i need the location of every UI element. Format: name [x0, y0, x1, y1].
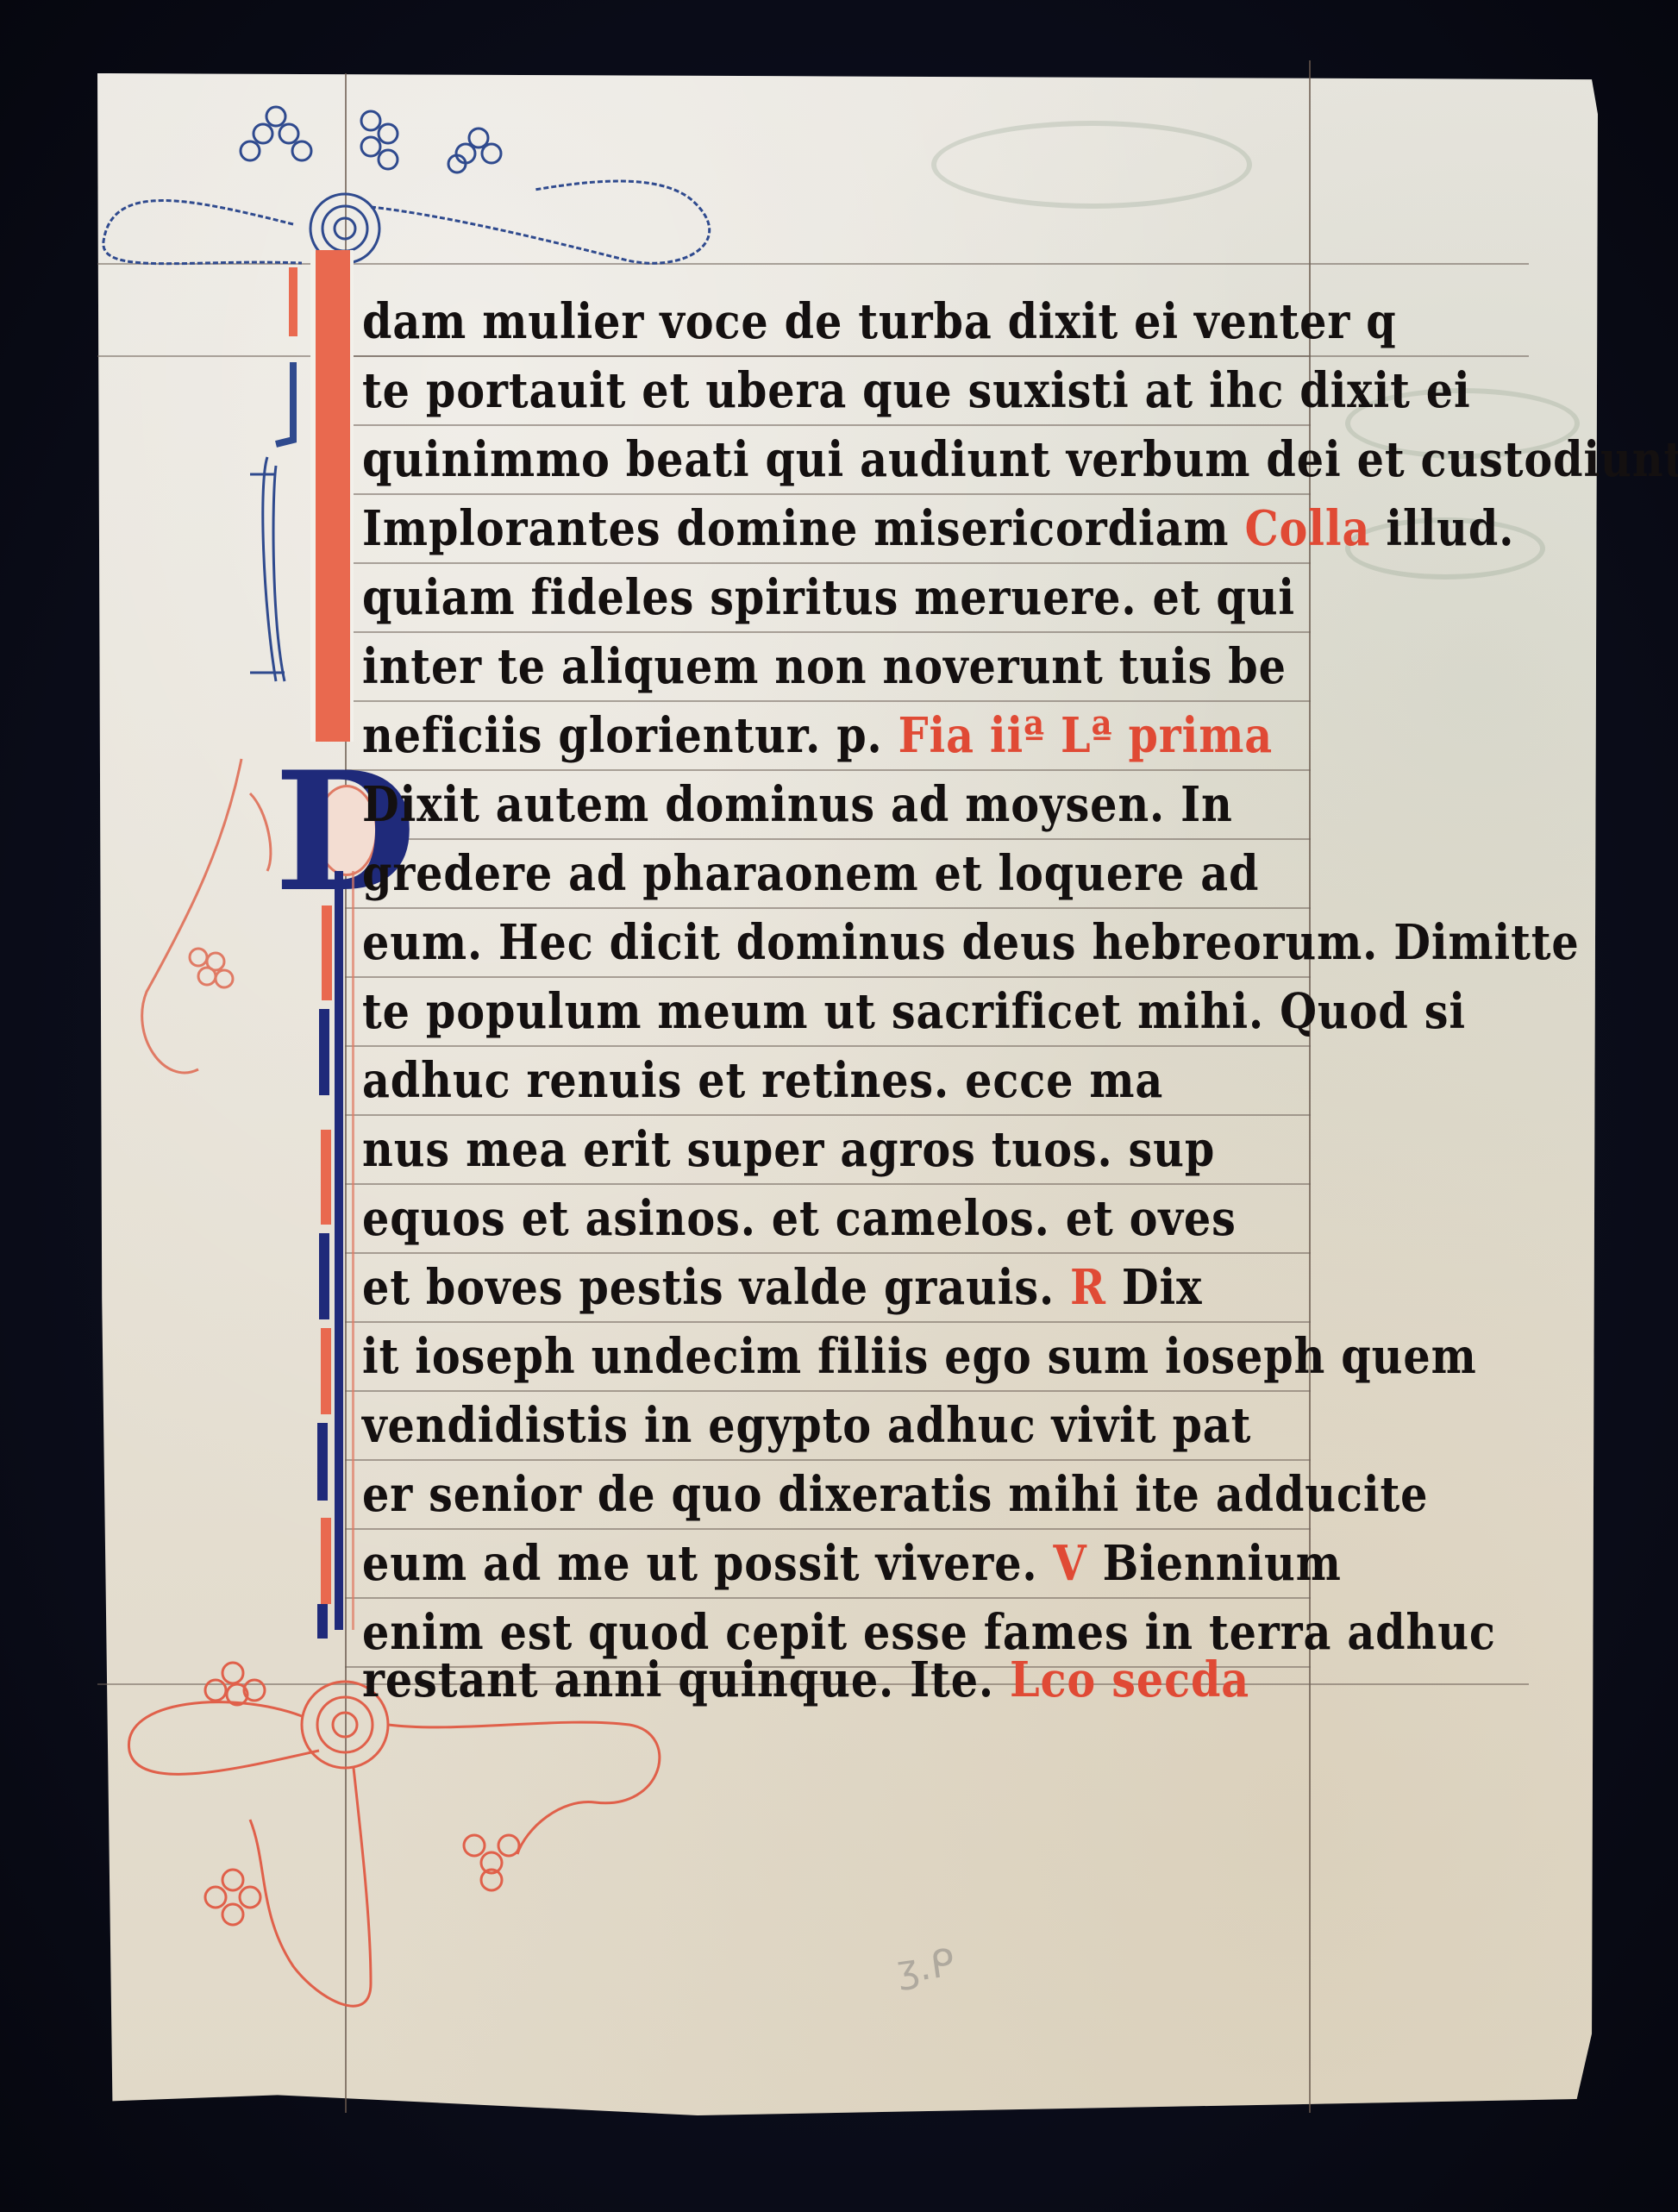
ruling-line — [345, 1528, 1311, 1530]
text-line-3: quinimmo beati qui audiunt verbum dei et… — [362, 436, 1678, 484]
text-line-19: eum ad me ut possit vivere. V Biennium — [362, 1539, 1342, 1588]
border-segment-blue — [319, 1233, 329, 1319]
ruling-line — [345, 493, 1311, 495]
text-line-20: enim est quod cepit esse fames in terra … — [362, 1608, 1496, 1657]
text-line-16: it ioseph undecim filiis ego sum ioseph … — [362, 1332, 1477, 1381]
initial-I-filigree — [250, 259, 371, 742]
ruling-line — [345, 1252, 1311, 1254]
text-line-10: eum. Hec dicit dominus deus hebreorum. D… — [362, 918, 1580, 967]
left-border-red-line — [352, 871, 354, 1630]
text-line-21: restant anni quinque. Ite. Lco secda — [362, 1656, 1249, 1704]
ruling-line — [345, 562, 1311, 564]
text-line-17: vendidistis in egypto adhuc vivit pat — [362, 1401, 1251, 1450]
text-line-11: te populum meum ut sacrificet mihi. Quod… — [362, 987, 1466, 1036]
ruling-line — [345, 1114, 1311, 1116]
border-segment-blue — [317, 1423, 328, 1501]
ruling-line — [345, 424, 1311, 426]
ruling-line — [345, 1183, 1311, 1185]
ruling-line — [345, 1045, 1311, 1047]
border-segment-red — [321, 1328, 331, 1414]
ruling-line — [345, 1597, 1311, 1599]
text-line-1: dam mulier voce de turba dixit ei venter… — [362, 298, 1397, 346]
border-segment-red — [322, 905, 332, 1000]
ruling-line — [345, 769, 1311, 771]
ruling-line — [345, 631, 1311, 633]
top-penwork-flourish — [86, 52, 862, 310]
ruling-line — [345, 1459, 1311, 1461]
verso-show-through — [931, 121, 1252, 209]
text-line-4: Implorantes domine misericordiam Colla i… — [362, 504, 1514, 553]
ruling-line — [345, 976, 1311, 978]
ruling-line — [345, 838, 1311, 840]
text-line-5: quiam fideles spiritus meruere. et qui — [362, 573, 1295, 622]
rubric-versicle: V — [1054, 1535, 1087, 1592]
text-line-8: Dixit autem dominus ad moysen. In — [362, 780, 1233, 829]
text-line-6: inter te aliquem non noverunt tuis be — [362, 642, 1287, 691]
text-line-12: adhuc renuis et retines. ecce ma — [362, 1056, 1163, 1105]
text-line-15: et boves pestis valde grauis. R Dix — [362, 1263, 1202, 1312]
rubric-responsory: R — [1070, 1259, 1106, 1316]
text-line-18: er senior de quo dixeratis mihi ite addu… — [362, 1470, 1428, 1519]
text-line-14: equos et asinos. et camelos. et oves — [362, 1194, 1237, 1243]
text-line-9: gredere ad pharaonem et loquere ad — [362, 849, 1259, 898]
ruling-line — [345, 1321, 1311, 1323]
left-border-blue-stem — [335, 871, 343, 1630]
border-segment-red — [321, 1130, 331, 1225]
ruling-line — [345, 355, 1311, 357]
ruling-line — [345, 700, 1311, 702]
text-line-7: neficiis glorientur. p. Fia iiª Lª prima — [362, 711, 1273, 760]
text-line-13: nus mea erit super agros tuos. sup — [362, 1125, 1215, 1174]
ruling-line — [345, 1390, 1311, 1392]
ruling-line — [345, 907, 1311, 909]
border-segment-red — [321, 1518, 331, 1604]
text-line-2: te portauit et ubera que suxisti at ihc … — [362, 367, 1471, 415]
pencil-marginal-note: ʒ.ᑭ — [894, 1941, 958, 1993]
rubric-lectio-secunda: Lco secda — [1010, 1651, 1249, 1708]
rubric-colla: Colla — [1244, 500, 1370, 557]
rubric-feria: Fia iiª Lª prima — [898, 707, 1273, 764]
border-segment-blue — [319, 1009, 329, 1095]
